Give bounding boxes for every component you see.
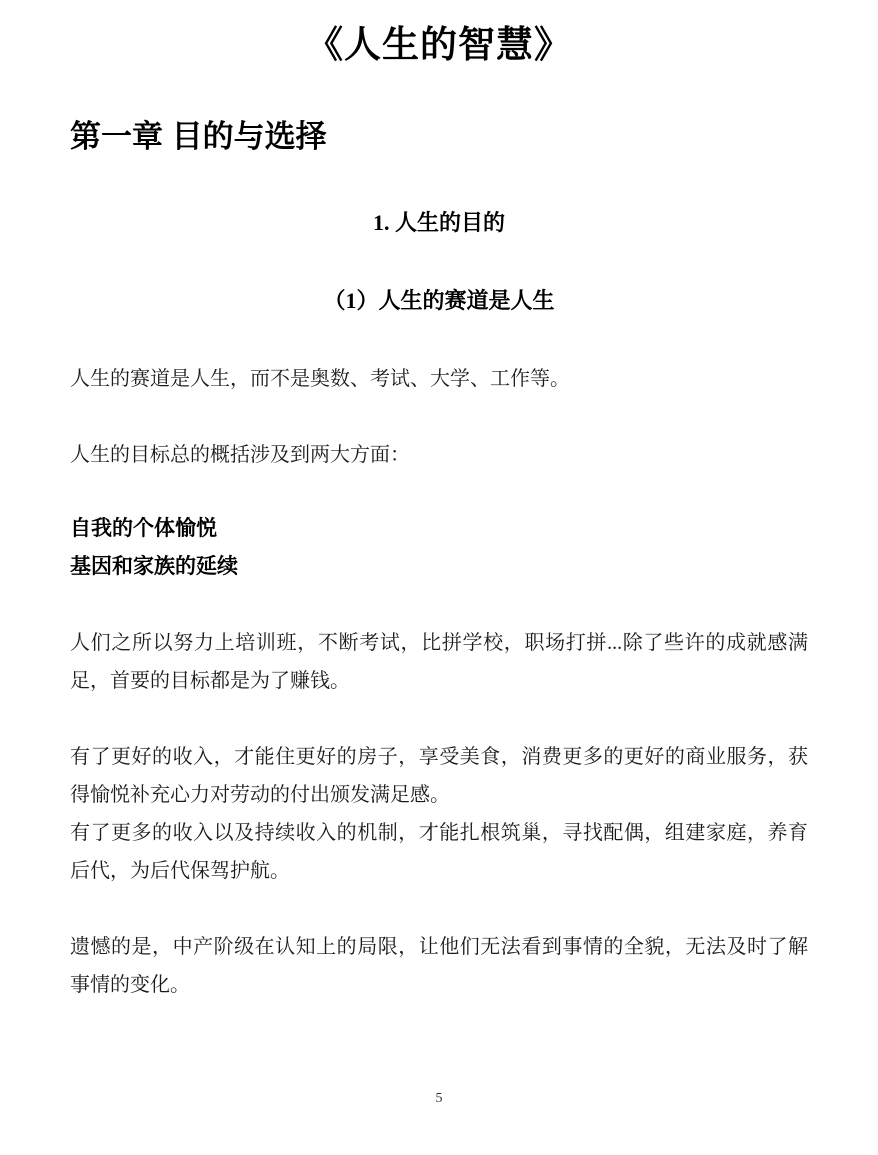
paragraph-training-exams: 人们之所以努力上培训班，不断考试，比拼学校，职场打拼...除了些许的成就感满足，…	[70, 624, 808, 700]
goal-item-self-pleasure: 自我的个体愉悦	[70, 510, 808, 548]
page-number: 5	[436, 1091, 443, 1106]
paragraph-better-income: 有了更好的收入，才能住更好的房子，享受美食，消费更多的更好的商业服务，获得愉悦补…	[70, 738, 808, 814]
document-title: 《人生的智慧》	[70, 22, 808, 68]
paragraph-racetrack: 人生的赛道是人生，而不是奥数、考试、大学、工作等。	[70, 360, 808, 398]
paragraph-middle-class-limit: 遗憾的是，中产阶级在认知上的局限，让他们无法看到事情的全貌，无法及时了解事情的变…	[70, 928, 808, 1004]
subsection-heading: （1）人生的赛道是人生	[70, 286, 808, 316]
chapter-heading: 第一章 目的与选择	[70, 116, 808, 158]
document-page: 《人生的智慧》 第一章 目的与选择 1. 人生的目的 （1）人生的赛道是人生 人…	[0, 0, 878, 1155]
goal-item-family-continuation: 基因和家族的延续	[70, 548, 808, 586]
paragraph-more-income: 有了更多的收入以及持续收入的机制，才能扎根筑巢，寻找配偶，组建家庭，养育后代，为…	[70, 814, 808, 890]
section-heading: 1. 人生的目的	[70, 208, 808, 238]
page-footer: 5	[0, 1091, 878, 1107]
paragraph-two-aspects: 人生的目标总的概括涉及到两大方面：	[70, 436, 808, 474]
goal-list: 自我的个体愉悦 基因和家族的延续	[70, 510, 808, 586]
